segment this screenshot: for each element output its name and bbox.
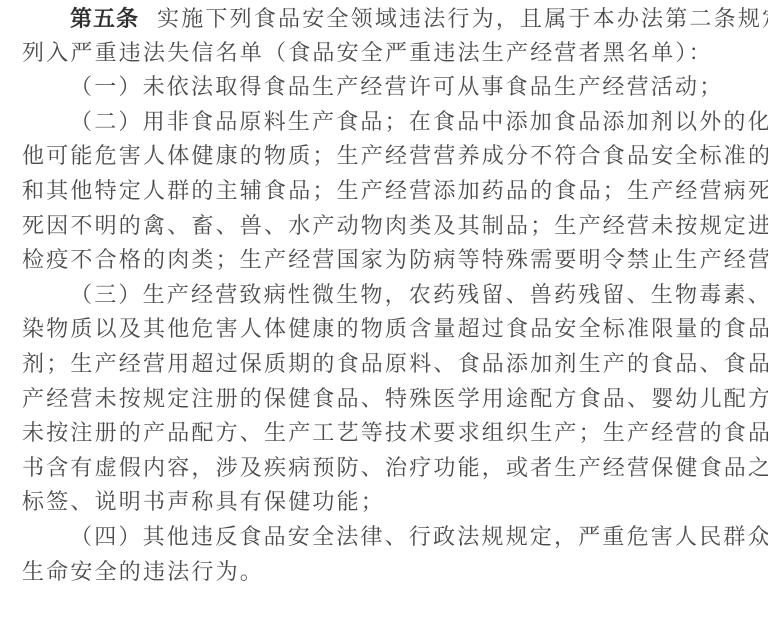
item-2-line: 检疫不合格的肉类；生产经营国家为防病等特殊需要明令禁止生产经营的食品；	[22, 244, 748, 279]
item-2-line: （二）用非食品原料生产食品；在食品中添加食品添加剂以外的化学物质和其	[22, 106, 748, 141]
item-3-line: 未按注册的产品配方、生产工艺等技术要求组织生产；生产经营的食品标签、说明	[22, 417, 748, 452]
item-3-line: 剂；生产经营用超过保质期的食品原料、食品添加剂生产的食品、食品添加剂；生	[22, 348, 748, 383]
document-body: 第五条实施下列食品安全领域违法行为，且属于本办法第二条规定情形的， 列入严重违法…	[22, 2, 748, 590]
item-4-line: （四）其他违反食品安全法律、行政法规规定，严重危害人民群众身体健康和	[22, 521, 748, 556]
item-3-line: 标签、说明书声称具有保健功能；	[22, 486, 748, 521]
article-intro-line: 列入严重违法失信名单（食品安全严重违法生产经营者黑名单）：	[22, 37, 748, 72]
item-4-line: 生命安全的违法行为。	[22, 556, 748, 591]
article-intro-line: 第五条实施下列食品安全领域违法行为，且属于本办法第二条规定情形的，	[22, 2, 748, 37]
item-1-line: （一）未依法取得食品生产经营许可从事食品生产经营活动；	[22, 71, 748, 106]
item-3-line: （三）生产经营致病性微生物，农药残留、兽药残留、生物毒素、重金属等污	[22, 279, 748, 314]
item-3-line: 产经营未按规定注册的保健食品、特殊医学用途配方食品、婴幼儿配方乳粉，或者	[22, 383, 748, 418]
article-title: 第五条	[70, 6, 139, 32]
item-2-line: 他可能危害人体健康的物质；生产经营营养成分不符合食品安全标准的专供婴幼儿	[22, 140, 748, 175]
item-2-line: 死因不明的禽、畜、兽、水产动物肉类及其制品；生产经营未按规定进行检疫或者	[22, 210, 748, 245]
item-3-line: 书含有虚假内容，涉及疾病预防、治疗功能，或者生产经营保健食品之外的食品的	[22, 452, 748, 487]
item-3-line: 染物质以及其他危害人体健康的物质含量超过食品安全标准限量的食品、食品添加	[22, 313, 748, 348]
item-2-line: 和其他特定人群的主辅食品；生产经营添加药品的食品；生产经营病死、毒死或者	[22, 175, 748, 210]
